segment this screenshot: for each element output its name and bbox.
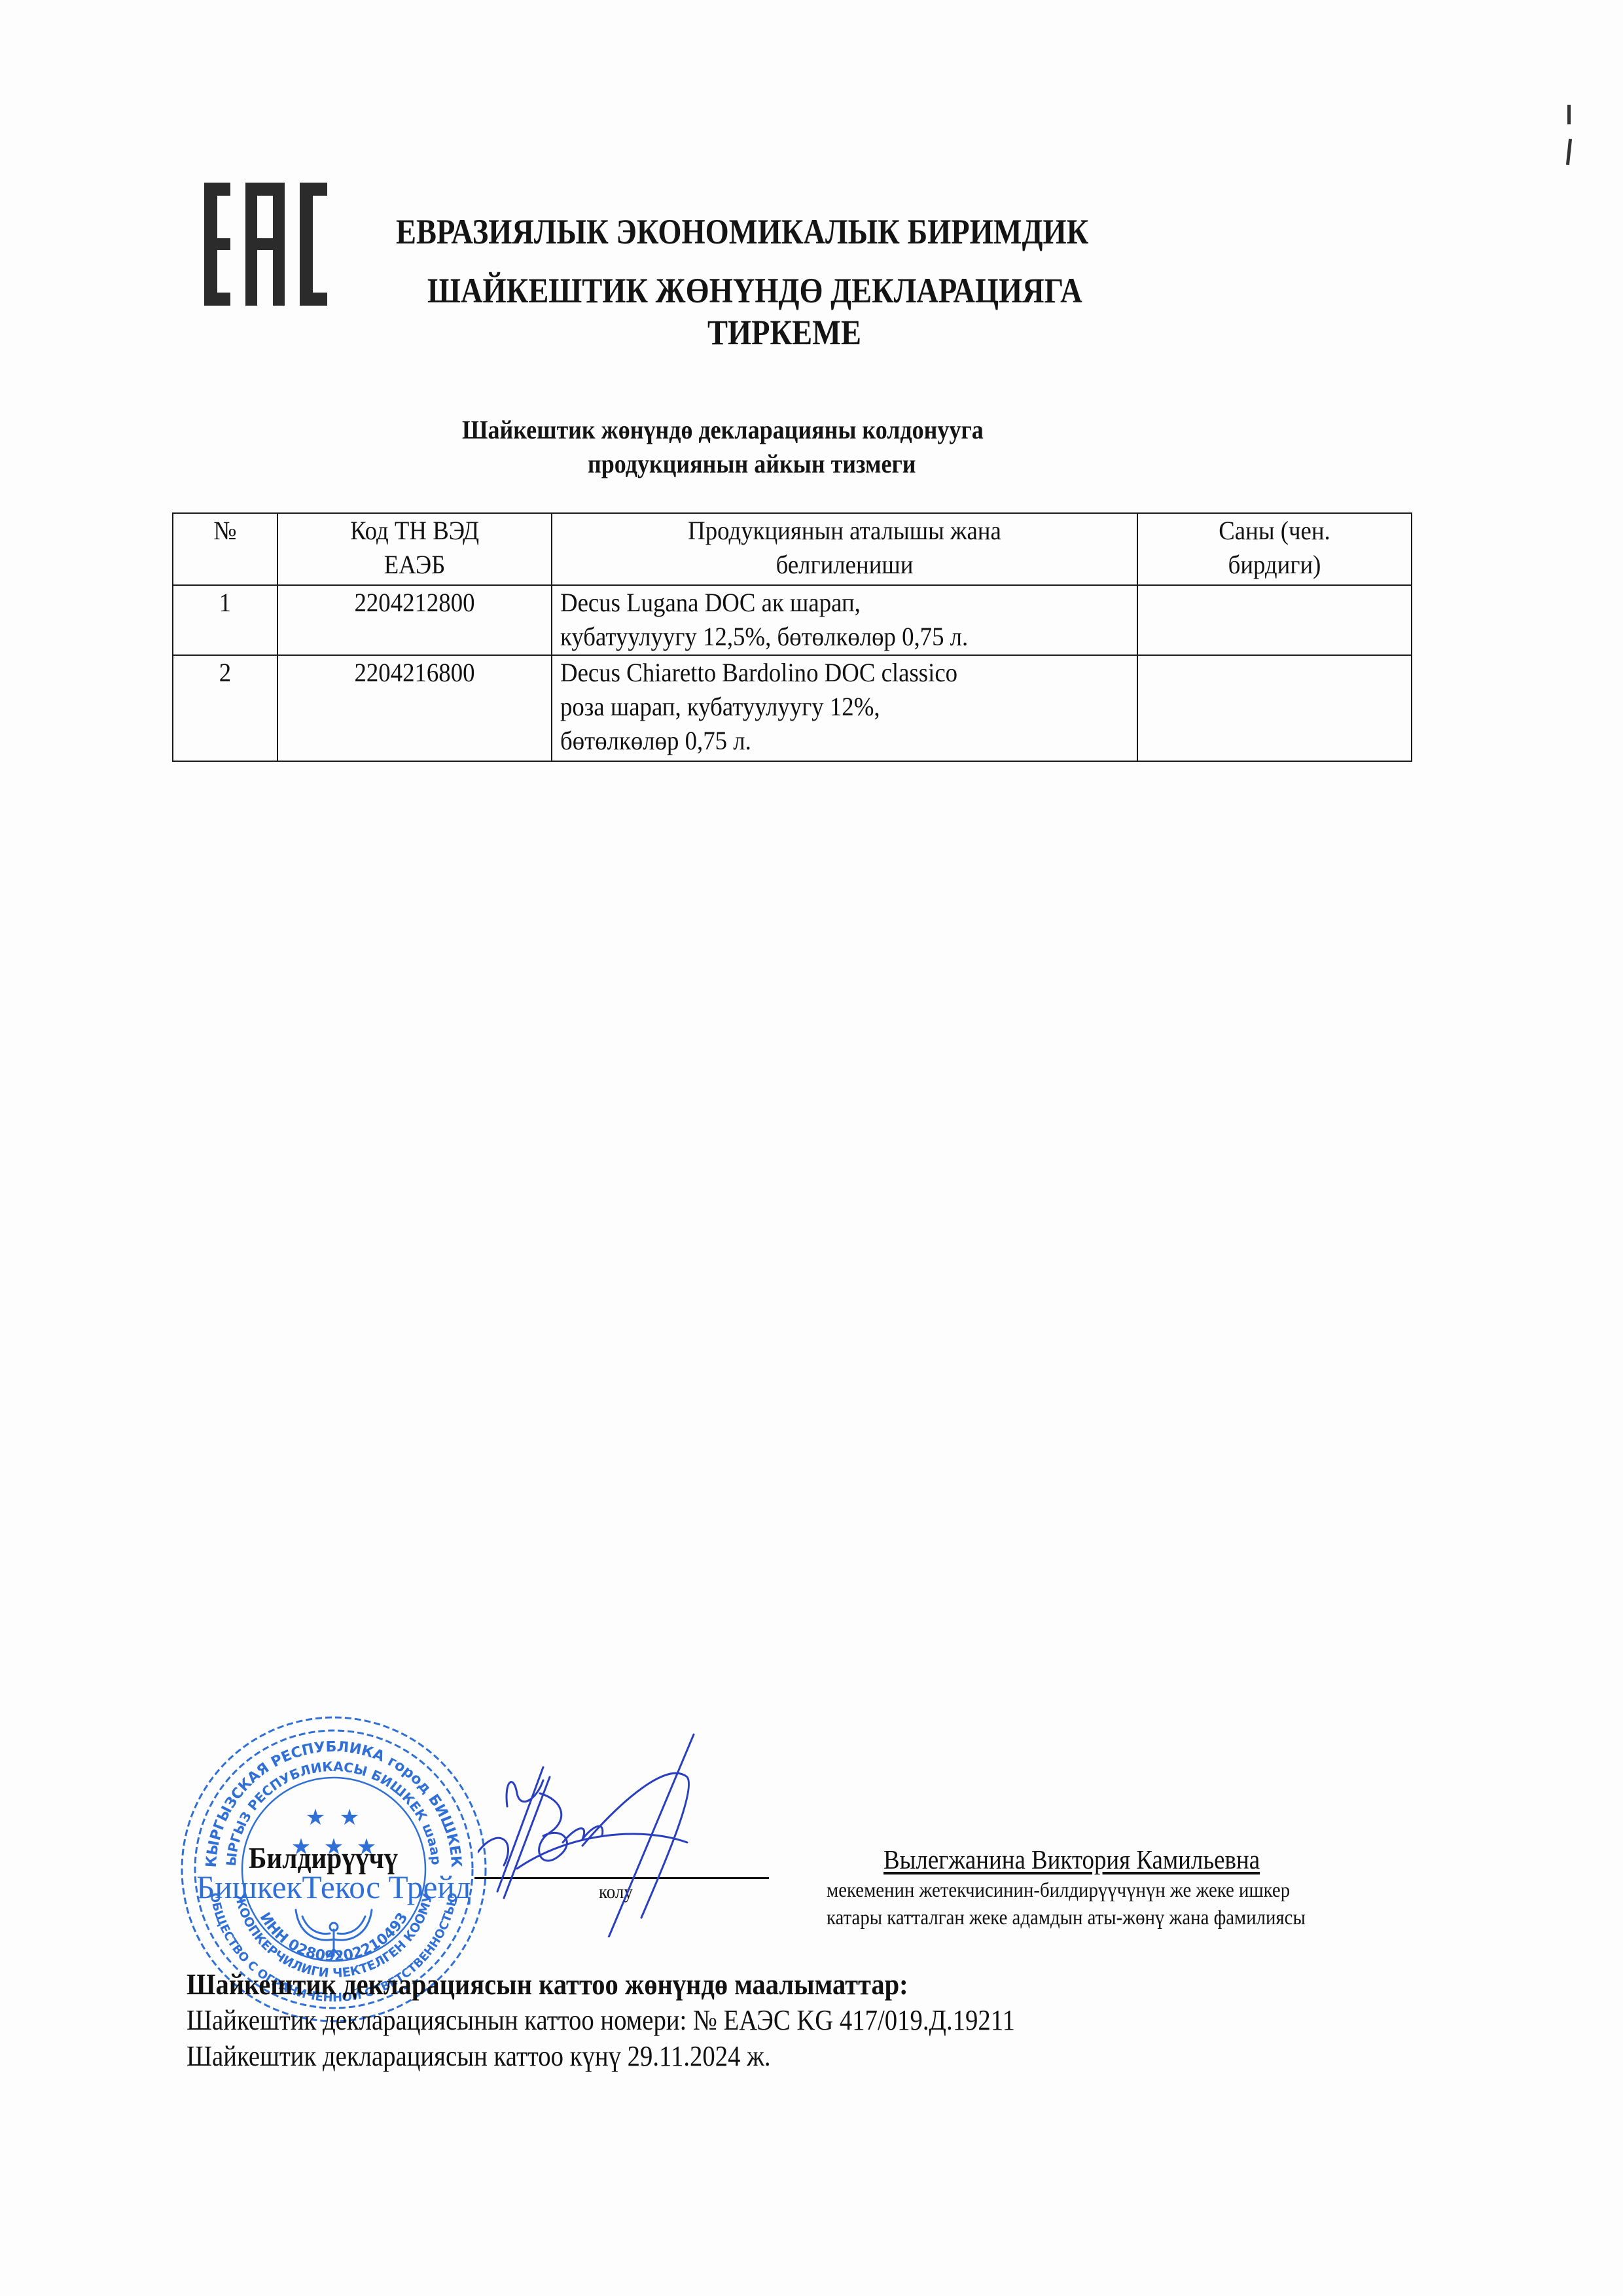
staple-mark-bottom (1566, 139, 1572, 165)
eac-mark-icon (204, 183, 327, 306)
registration-number: Шайкештик декларациясынын каттоо номери:… (187, 2003, 1015, 2037)
svg-text:★: ★ (306, 1804, 325, 1831)
svg-text:★: ★ (340, 1804, 359, 1831)
header-product-name: Продукциянын аталышы жана белгилениши (552, 513, 1137, 585)
registration-heading: Шайкештик декларациясын каттоо жөнүндө м… (187, 1967, 908, 2001)
header-title-line1: ЕВРАЗИЯЛЫК ЭКОНОМИКАЛЫК БИРИМДИК (396, 211, 1088, 252)
header-title-line2: ШАЙКЕШТИК ЖӨНҮНДӨ ДЕКЛАРАЦИЯГА (427, 270, 1082, 311)
row-code: 2204216800 (277, 655, 552, 761)
row-quantity (1137, 585, 1412, 655)
staple-mark-top (1567, 105, 1571, 124)
subtitle-line1: Шайкештик жөнүндө декларацияны колдонууг… (462, 414, 984, 445)
row-product-name: Decus Chiaretto Bardolino DOC classico р… (552, 655, 1137, 761)
declarant-label: Билдирүүчү (249, 1840, 398, 1875)
product-table: № Код ТН ВЭД ЕАЭБ Продукциянын аталышы ж… (172, 512, 1412, 762)
header-quantity: Саны (чен. бирдиги) (1137, 513, 1412, 585)
eac-logo (204, 183, 327, 306)
table-header-row: № Код ТН ВЭД ЕАЭБ Продукциянын аталышы ж… (173, 513, 1412, 585)
signer-name: Вылегжанина Виктория Камильевна (883, 1844, 1260, 1875)
staple-mark (1567, 105, 1571, 177)
row-num: 2 (173, 655, 277, 761)
row-quantity (1137, 655, 1412, 761)
header-num: № (173, 513, 277, 585)
header-title-line3: ТИРКЕМЕ (707, 312, 861, 353)
row-code: 2204212800 (277, 585, 552, 655)
row-product-name: Decus Lugana DOC ак шарап, кубатуулуугу … (552, 585, 1137, 655)
row-num: 1 (173, 585, 277, 655)
signature-icon (478, 1728, 726, 1937)
handwritten-signature (478, 1728, 726, 1937)
signer-caption: мекеменин жетекчисинин-билдирүүчүнүн же … (827, 1876, 1306, 1931)
header-code: Код ТН ВЭД ЕАЭБ (277, 513, 552, 585)
table-row: 2 2204216800 Decus Chiaretto Bardolino D… (173, 655, 1412, 761)
table-row: 1 2204212800 Decus Lugana DOC ак шарап, … (173, 585, 1412, 655)
subtitle-line2: продукциянын айкын тизмеги (588, 448, 916, 479)
registration-date: Шайкештик декларациясын каттоо күнү 29.1… (187, 2039, 771, 2073)
